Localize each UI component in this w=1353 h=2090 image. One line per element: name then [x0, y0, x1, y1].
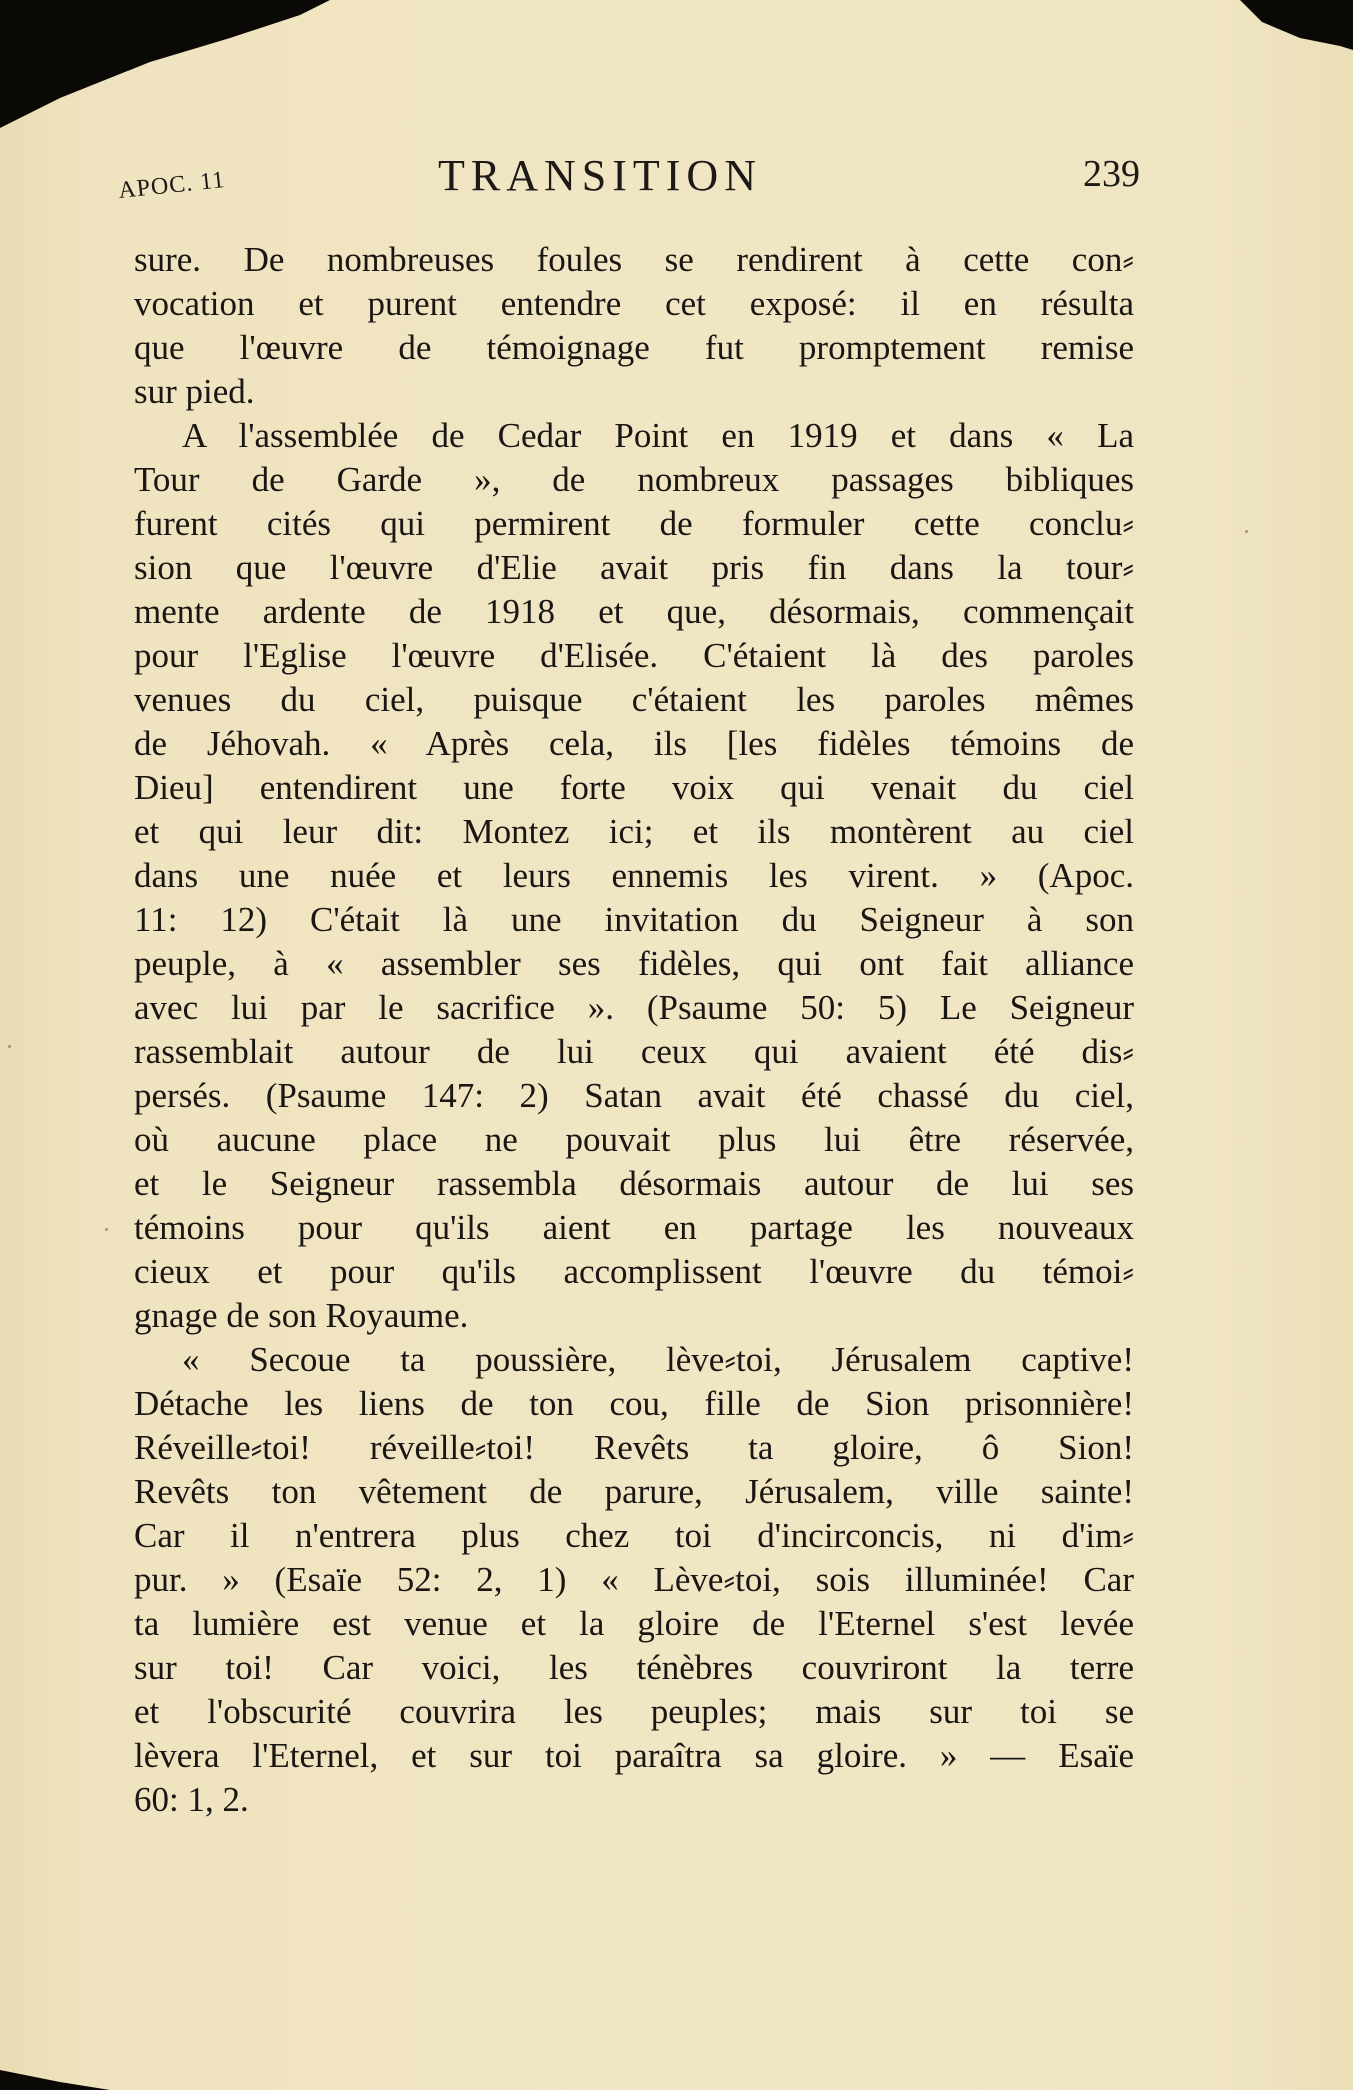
text-line: mente ardente de 1918 et que, désormais,… — [134, 590, 1134, 634]
text-line: persés. (Psaume 147: 2) Satan avait été … — [134, 1074, 1134, 1118]
paragraph-1: sure. De nombreuses foules se rendirent … — [134, 238, 1134, 414]
text-line: vocation et purent entendre cet exposé: … — [134, 282, 1134, 326]
text-line: ta lumière est venue et la gloire de l'E… — [134, 1602, 1134, 1646]
text-line: rassemblait autour de lui ceux qui avaie… — [134, 1030, 1134, 1074]
text-line: sion que l'œuvre d'Elie avait pris fin d… — [134, 546, 1134, 590]
running-head: APOC. 11 TRANSITION 239 — [120, 150, 1140, 210]
page-title: TRANSITION — [438, 150, 762, 201]
text-line: cieux et pour qu'ils accomplissent l'œuv… — [134, 1250, 1134, 1294]
text-line: Revêts ton vêtement de parure, Jérusalem… — [134, 1470, 1134, 1514]
text-line: et le Seigneur rassembla désormais autou… — [134, 1162, 1134, 1206]
text-line: lèvera l'Eternel, et sur toi paraîtra sa… — [134, 1734, 1134, 1778]
text-line: de Jéhovah. « Après cela, ils [les fidèl… — [134, 722, 1134, 766]
text-line: Dieu] entendirent une forte voix qui ven… — [134, 766, 1134, 810]
text-line: pour l'Eglise l'œuvre d'Elisée. C'étaien… — [134, 634, 1134, 678]
text-line: et qui leur dit: Montez ici; et ils mont… — [134, 810, 1134, 854]
text-line: avec lui par le sacrifice ». (Psaume 50:… — [134, 986, 1134, 1030]
text-line: dans une nuée et leurs ennemis les viren… — [134, 854, 1134, 898]
paper-speck — [105, 1228, 108, 1231]
text-line: « Secoue ta poussière, lève⸗toi, Jérusal… — [134, 1338, 1134, 1382]
text-line: témoins pour qu'ils aient en partage les… — [134, 1206, 1134, 1250]
paper-speck — [1245, 530, 1248, 533]
text-line: venues du ciel, puisque c'étaient les pa… — [134, 678, 1134, 722]
text-line: furent cités qui permirent de formuler c… — [134, 502, 1134, 546]
paragraph-2: A l'assemblée de Cedar Point en 1919 et … — [134, 414, 1134, 1338]
scanned-page: APOC. 11 TRANSITION 239 sure. De nombreu… — [0, 0, 1353, 2090]
text-line: pur. » (Esaïe 52: 2, 1) « Lève⸗toi, sois… — [134, 1558, 1134, 1602]
paper-speck — [8, 1045, 11, 1048]
text-line: Détache les liens de ton cou, fille de S… — [134, 1382, 1134, 1426]
text-line: sur toi! Car voici, les ténèbres couvrir… — [134, 1646, 1134, 1690]
text-line: et l'obscurité couvrira les peuples; mai… — [134, 1690, 1134, 1734]
body-text: sure. De nombreuses foules se rendirent … — [134, 238, 1134, 1822]
text-line: peuple, à « assembler ses fidèles, qui o… — [134, 942, 1134, 986]
text-line: Tour de Garde », de nombreux passages bi… — [134, 458, 1134, 502]
text-line: que l'œuvre de témoignage fut promptemen… — [134, 326, 1134, 370]
text-line: sure. De nombreuses foules se rendirent … — [134, 238, 1134, 282]
text-line: Réveille⸗toi! réveille⸗toi! Revêts ta gl… — [134, 1426, 1134, 1470]
text-line: sur pied. — [134, 370, 1134, 414]
chapter-reference: APOC. 11 — [117, 167, 226, 205]
text-line: où aucune place ne pouvait plus lui être… — [134, 1118, 1134, 1162]
paper-page: APOC. 11 TRANSITION 239 sure. De nombreu… — [0, 0, 1353, 2090]
text-line: 11: 12) C'était là une invitation du Sei… — [134, 898, 1134, 942]
page-number: 239 — [1083, 152, 1140, 196]
text-line: gnage de son Royaume. — [134, 1294, 1134, 1338]
paragraph-3-quotation: « Secoue ta poussière, lève⸗toi, Jérusal… — [134, 1338, 1134, 1822]
text-line: 60: 1, 2. — [134, 1778, 1134, 1822]
text-line: A l'assemblée de Cedar Point en 1919 et … — [134, 414, 1134, 458]
text-line: Car il n'entrera plus chez toi d'incirco… — [134, 1514, 1134, 1558]
